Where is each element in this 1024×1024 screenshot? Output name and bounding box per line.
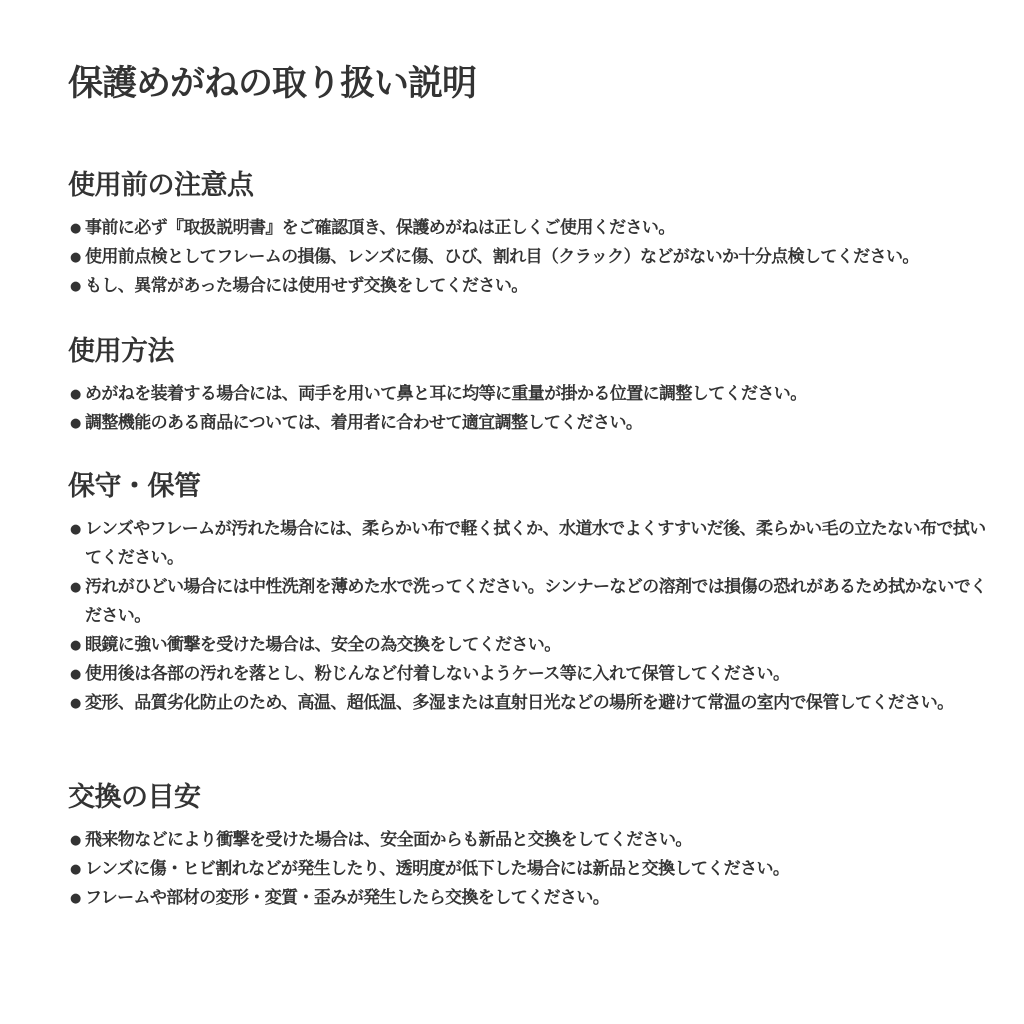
section-heading: 使用方法	[68, 334, 998, 370]
section-precautions-before-use: 使用前の注意点 ● 事前に必ず『取扱説明書』をご確認頂き、保護めがねは正しくご使…	[68, 168, 998, 301]
bullet-list: ● 事前に必ず『取扱説明書』をご確認頂き、保護めがねは正しくご使用ください。 ●…	[68, 214, 998, 301]
list-item: ● 汚れがひどい場合には中性洗剤を薄めた水で洗ってください。シンナーなどの溶剤で…	[68, 573, 998, 631]
section-usage: 使用方法 ● めがねを装着する場合には、両手を用いて鼻と耳に均等に重量が掛かる位…	[68, 334, 998, 438]
list-item-text: 眼鏡に強い衝撃を受けた場合は、安全の為交換をしてください。	[85, 631, 998, 660]
bullet-icon: ●	[70, 660, 81, 689]
document-title: 保護めがねの取り扱い説明	[68, 62, 476, 106]
list-item: ● 飛来物などにより衝撃を受けた場合は、安全面からも新品と交換をしてください。	[68, 826, 998, 855]
bullet-icon: ●	[70, 573, 81, 602]
list-item-text: 使用前点検としてフレームの損傷、レンズに傷、ひび、割れ目（クラック）などがないか…	[85, 243, 998, 272]
list-item: ● 眼鏡に強い衝撃を受けた場合は、安全の為交換をしてください。	[68, 631, 998, 660]
section-heading: 保守・保管	[68, 469, 998, 505]
list-item: ● 事前に必ず『取扱説明書』をご確認頂き、保護めがねは正しくご使用ください。	[68, 214, 998, 243]
section-heading: 交換の目安	[68, 780, 998, 816]
bullet-icon: ●	[70, 884, 81, 913]
section-heading: 使用前の注意点	[68, 168, 998, 204]
bullet-icon: ●	[70, 515, 81, 544]
list-item-text: 使用後は各部の汚れを落とし、粉じんなど付着しないようケース等に入れて保管してくだ…	[85, 660, 998, 689]
bullet-icon: ●	[70, 689, 81, 718]
list-item: ● レンズに傷・ヒビ割れなどが発生したり、透明度が低下した場合には新品と交換して…	[68, 855, 998, 884]
list-item-text: 調整機能のある商品については、着用者に合わせて適宜調整してください。	[85, 409, 998, 438]
list-item: ● 使用前点検としてフレームの損傷、レンズに傷、ひび、割れ目（クラック）などがな…	[68, 243, 998, 272]
list-item-text: もし、異常があった場合には使用せず交換をしてください。	[85, 272, 998, 301]
bullet-icon: ●	[70, 272, 81, 301]
section-maintenance-storage: 保守・保管 ● レンズやフレームが汚れた場合には、柔らかい布で軽く拭くか、水道水…	[68, 469, 998, 718]
list-item: ● レンズやフレームが汚れた場合には、柔らかい布で軽く拭くか、水道水でよくすすい…	[68, 515, 998, 573]
bullet-icon: ●	[70, 631, 81, 660]
bullet-icon: ●	[70, 214, 81, 243]
list-item-text: 変形、品質劣化防止のため、高温、超低温、多湿または直射日光などの場所を避けて常温…	[85, 689, 998, 718]
bullet-icon: ●	[70, 855, 81, 884]
list-item-text: レンズに傷・ヒビ割れなどが発生したり、透明度が低下した場合には新品と交換してくだ…	[85, 855, 998, 884]
bullet-list: ● めがねを装着する場合には、両手を用いて鼻と耳に均等に重量が掛かる位置に調整し…	[68, 380, 998, 438]
list-item: ● 使用後は各部の汚れを落とし、粉じんなど付着しないようケース等に入れて保管して…	[68, 660, 998, 689]
list-item-text: レンズやフレームが汚れた場合には、柔らかい布で軽く拭くか、水道水でよくすすいだ後…	[85, 515, 998, 573]
bullet-list: ● 飛来物などにより衝撃を受けた場合は、安全面からも新品と交換をしてください。 …	[68, 826, 998, 913]
bullet-icon: ●	[70, 826, 81, 855]
list-item-text: フレームや部材の変形・変質・歪みが発生したら交換をしてください。	[85, 884, 998, 913]
list-item-text: めがねを装着する場合には、両手を用いて鼻と耳に均等に重量が掛かる位置に調整してく…	[85, 380, 998, 409]
bullet-icon: ●	[70, 380, 81, 409]
list-item: ● もし、異常があった場合には使用せず交換をしてください。	[68, 272, 998, 301]
bullet-list: ● レンズやフレームが汚れた場合には、柔らかい布で軽く拭くか、水道水でよくすすい…	[68, 515, 998, 718]
bullet-icon: ●	[70, 409, 81, 438]
list-item: ● 変形、品質劣化防止のため、高温、超低温、多湿または直射日光などの場所を避けて…	[68, 689, 998, 718]
list-item-text: 飛来物などにより衝撃を受けた場合は、安全面からも新品と交換をしてください。	[85, 826, 998, 855]
list-item-text: 事前に必ず『取扱説明書』をご確認頂き、保護めがねは正しくご使用ください。	[85, 214, 998, 243]
list-item: ● めがねを装着する場合には、両手を用いて鼻と耳に均等に重量が掛かる位置に調整し…	[68, 380, 998, 409]
list-item: ● 調整機能のある商品については、着用者に合わせて適宜調整してください。	[68, 409, 998, 438]
bullet-icon: ●	[70, 243, 81, 272]
list-item: ● フレームや部材の変形・変質・歪みが発生したら交換をしてください。	[68, 884, 998, 913]
list-item-text: 汚れがひどい場合には中性洗剤を薄めた水で洗ってください。シンナーなどの溶剤では損…	[85, 573, 998, 631]
section-replacement-guidelines: 交換の目安 ● 飛来物などにより衝撃を受けた場合は、安全面からも新品と交換をして…	[68, 780, 998, 913]
